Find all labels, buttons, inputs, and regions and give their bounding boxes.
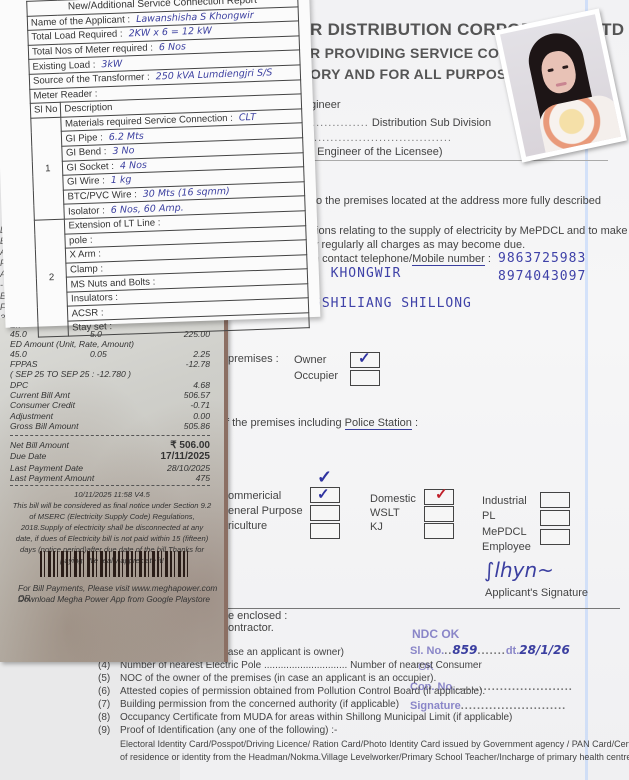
label: GI Socket : xyxy=(66,161,114,174)
occupier-checkbox[interactable] xyxy=(350,370,380,386)
receipt-row-dpc: DPC4.68 xyxy=(10,380,210,390)
document-item: (9)Proof of Identification (any one of t… xyxy=(98,725,337,736)
category-industrial-checkbox[interactable] xyxy=(540,492,570,508)
value: 4 Nos xyxy=(120,160,147,172)
item-number: (8) xyxy=(98,712,120,723)
item-text: Attested copies of permission obtained f… xyxy=(120,686,485,697)
category-kj-checkbox[interactable] xyxy=(424,523,454,539)
section-2-number: 2 xyxy=(34,219,69,337)
sl-no-value: 859 xyxy=(452,643,477,657)
units: 45.0 xyxy=(10,329,27,339)
dashed-divider xyxy=(10,435,210,436)
report-table: New/Additional Service Connection Report… xyxy=(26,0,310,337)
owner-checkbox[interactable]: ✓ xyxy=(350,352,380,368)
item-number: (5) xyxy=(98,673,120,684)
police-station-line: f the premises including Police Station … xyxy=(226,417,418,429)
receipt-footer-line-2: Download Megha Power App from Google Pla… xyxy=(18,594,210,604)
item-number: (6) xyxy=(98,686,120,697)
colon: : xyxy=(415,417,418,429)
licensee-line: e Engineer of the Licensee) xyxy=(308,146,443,158)
dotted-line: ................................... xyxy=(310,132,452,144)
value: 6 Nos xyxy=(159,41,186,53)
category-kj-label: KJ xyxy=(370,521,383,533)
label: GI Wire : xyxy=(67,176,105,188)
amount: ₹ 506.00 xyxy=(170,440,210,451)
category-mepdcl-employee-checkbox[interactable] xyxy=(540,529,570,545)
check-mark-icon: ✓ xyxy=(317,468,332,486)
label: Meter Reader : xyxy=(33,88,97,101)
amount: 4.68 xyxy=(193,380,210,390)
amount: -12.78 xyxy=(186,359,210,369)
item-number: (7) xyxy=(98,699,120,710)
divider xyxy=(308,160,608,161)
check-icon: ✓ xyxy=(435,487,448,502)
label: Last Payment Amount xyxy=(10,473,94,483)
category-wslt-label: WSLT xyxy=(370,507,400,519)
value: 17/11/2025 xyxy=(161,451,211,462)
col-sl-no: Sl No xyxy=(30,102,61,118)
amount: 505.86 xyxy=(184,421,210,431)
date-value: 28/1/26 xyxy=(519,643,570,657)
check-icon: ✓ xyxy=(317,487,330,502)
sub-division-label: Distribution Sub Division xyxy=(372,117,491,129)
receipt-row-net-bill: Net Bill Amount₹ 506.00 xyxy=(10,440,210,451)
document-item: (8)Occupancy Certificate from MUDA for a… xyxy=(98,712,512,723)
value: 3kW xyxy=(101,58,122,70)
receipt-row-consumer-credit: Consumer Credit-0.71 xyxy=(10,400,210,410)
occupier-label: Occupier xyxy=(294,370,338,382)
label: MS Nuts and Bolts : xyxy=(70,276,155,290)
category-domestic-checkbox[interactable]: ✓ xyxy=(424,489,454,505)
mobile-number-label: Mobile number xyxy=(412,253,485,266)
conditions-line-1: tions relating to the supply of electric… xyxy=(313,225,629,237)
enclosed-label: e enclosed : xyxy=(228,610,287,622)
dashed-divider xyxy=(10,485,210,486)
electricity-bill-receipt: En 45.05.0225.00 ED Amount (Unit, Rate, … xyxy=(0,318,228,662)
label: Isolator : xyxy=(68,205,105,217)
document-item: (6)Attested copies of permission obtaine… xyxy=(98,686,485,697)
category-agriculture-checkbox[interactable] xyxy=(310,523,340,539)
label: Consumer Credit xyxy=(10,400,75,410)
label: Gross Bill Amount xyxy=(10,421,78,431)
conditions-line-2: y regularly all charges as may become du… xyxy=(313,239,525,251)
owner-label: Owner xyxy=(294,354,326,366)
category-pl-label: PL xyxy=(482,510,495,522)
applicant-surname: - KHONGWIR xyxy=(313,266,401,281)
receipt-row-ed-header: ED Amount (Unit, Rate, Amount) xyxy=(10,339,210,349)
applicant-signature-label: Applicant's Signature xyxy=(485,587,588,599)
item-text: Proof of Identification (any one of the … xyxy=(120,725,337,736)
stamp-signature-label: Signature xyxy=(410,700,461,712)
category-wslt-checkbox[interactable] xyxy=(424,506,454,522)
addressee-role: gineer xyxy=(310,99,341,111)
label: Existing Load : xyxy=(32,59,95,72)
receipt-row-ed: 45.00.052.25 xyxy=(10,349,210,359)
value: 475 xyxy=(196,473,210,483)
sub-division-line: ............... Distribution Sub Divisio… xyxy=(308,117,491,129)
barcode xyxy=(40,551,190,577)
receipt-row-adjustment: Adjustment0.00 xyxy=(10,411,210,421)
ndc-sl-no: Sl. No...859.......dt.28/1/26 xyxy=(410,643,570,657)
label: GI Bend : xyxy=(66,146,107,158)
label: Due Date xyxy=(10,451,46,462)
category-pl-checkbox[interactable] xyxy=(540,510,570,526)
contact-line: h contact telephone/Mobile number : xyxy=(313,253,491,265)
value: 3 No xyxy=(112,145,134,157)
category-domestic-label: Domestic xyxy=(370,493,416,505)
check-icon: ✓ xyxy=(358,351,371,366)
service-connection-report: New/Additional Service Connection Report… xyxy=(0,0,320,328)
receipt-printed-at: 10/11/2025 11:58 V4.5 xyxy=(12,489,212,500)
category-commercial-label: ommericial xyxy=(228,490,281,502)
stamp-signature-line: Signature.......................... xyxy=(410,700,566,712)
receipt-row-fppas-period: ( SEP 25 TO SEP 25 : -12.780 ) xyxy=(10,369,210,379)
contractor-label: ontractor. xyxy=(228,622,274,634)
category-general-purpose-checkbox[interactable] xyxy=(310,505,340,521)
amount: 0.00 xyxy=(193,411,210,421)
sl-no-label: Sl. No. xyxy=(410,645,444,657)
label: Stay set : xyxy=(72,321,112,333)
label: FPPAS xyxy=(10,359,38,369)
colon: : xyxy=(488,253,491,265)
receipt-row-due-date: Due Date17/11/2025 xyxy=(10,451,210,462)
item-number: (9) xyxy=(98,725,120,736)
photo-image xyxy=(500,14,621,156)
receipt-row-current-bill: Current Bill Amt506.57 xyxy=(10,390,210,400)
label: GI Pipe : xyxy=(65,132,103,144)
category-agriculture-label: riculture xyxy=(228,520,267,532)
form-header-category: ORY AND FOR ALL PURPOSE) xyxy=(310,66,521,82)
value: 2KW x 6 = 12 kW xyxy=(128,26,212,40)
value: 6 Nos, 60 Amp. xyxy=(111,202,184,216)
applicant-signature-scrawl: ∫lhyn~ xyxy=(484,558,554,582)
value: 1 kg xyxy=(111,175,132,187)
value: CLT xyxy=(239,112,256,124)
value: 6.2 Mts xyxy=(109,131,144,143)
receipt-row-last-payment-amount: Last Payment Amount475 xyxy=(10,473,210,483)
units: 45.0 xyxy=(10,349,27,359)
police-station-prefix: f the premises including xyxy=(226,417,342,429)
item-text: Building permission from the concerned a… xyxy=(120,699,399,710)
date-label: dt. xyxy=(506,645,519,657)
applicant-address: GSHILIANG SHILLONG xyxy=(313,296,472,311)
ndc-stamp-title: NDC OK xyxy=(412,627,459,641)
category-industrial-label: Industrial xyxy=(482,495,527,507)
label: pole : xyxy=(69,235,93,247)
category-commercial-checkbox[interactable]: ✓ xyxy=(310,487,340,503)
premises-line: to the premises located at the address m… xyxy=(313,195,601,207)
label: Insulators : xyxy=(71,292,118,305)
document-item: (7)Building permission from the concerne… xyxy=(98,699,399,710)
mobile-number-1: 9863725983 xyxy=(498,251,586,266)
label: ( SEP 25 TO SEP 25 : -12.780 ) xyxy=(10,369,131,379)
item-text: NOC of the owner of the premises (in cas… xyxy=(120,673,436,684)
label: DPC xyxy=(10,380,28,390)
ownership-label: premises : xyxy=(228,353,279,365)
label: Extension of LT Line : xyxy=(68,218,160,232)
item-text: Occupancy Certificate from MUDA for area… xyxy=(120,712,512,723)
label: Last Payment Date xyxy=(10,463,83,473)
mobile-number-2: 8974043097 xyxy=(498,269,586,284)
label: ED Amount (Unit, Rate, Amount) xyxy=(10,339,134,349)
amount: 2.25 xyxy=(193,349,210,359)
category-general-purpose-label: eneral Purpose xyxy=(228,505,303,517)
label: Total Load Required : xyxy=(31,29,123,43)
rate: 0.05 xyxy=(90,349,107,359)
label: Current Bill Amt xyxy=(10,390,70,400)
receipt-row-last-payment-date: Last Payment Date28/10/2025 xyxy=(10,463,210,473)
id-list-line-1: Electoral Identity Card/Posspot/Driving … xyxy=(120,739,629,749)
value: 30 Mts (16 sqmm) xyxy=(143,186,230,200)
label: Net Bill Amount xyxy=(10,440,69,451)
label: X Arm : xyxy=(69,249,101,261)
divider xyxy=(220,608,620,609)
amount: -0.71 xyxy=(190,400,210,410)
label: BTC/PVC Wire : xyxy=(67,189,137,202)
label: Adjustment xyxy=(10,411,53,421)
police-station-label: Police Station xyxy=(345,417,412,430)
amount: 506.57 xyxy=(184,390,210,400)
category-mepdcl-employee-label: MePDCL Employee xyxy=(482,525,532,555)
id-list-line-2: of residence or identity from the Headma… xyxy=(120,752,629,762)
label: ACSR : xyxy=(71,307,103,319)
section-1-number: 1 xyxy=(31,117,65,220)
receipt-row-fppas: FPPAS-12.78 xyxy=(10,359,210,369)
contact-label-prefix: h contact telephone/ xyxy=(313,253,412,265)
value: 28/10/2025 xyxy=(167,463,210,473)
label: Clamp : xyxy=(70,263,103,275)
receipt-row-gross-bill: Gross Bill Amount505.86 xyxy=(10,421,210,431)
document-item: (5)NOC of the owner of the premises (in … xyxy=(98,673,436,684)
